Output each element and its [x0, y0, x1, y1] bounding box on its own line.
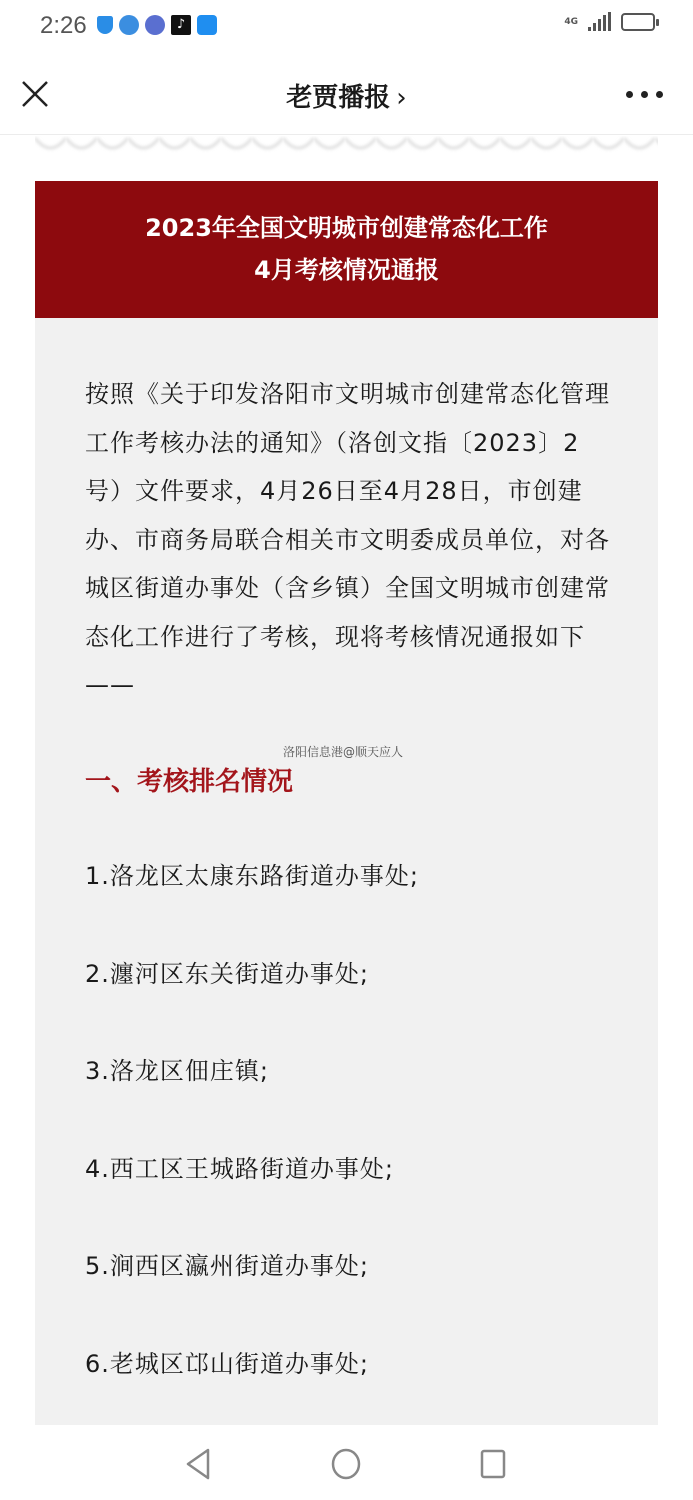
list-item: 4.西工区王城路街道办事处;	[85, 1149, 625, 1247]
more-button[interactable]	[626, 81, 663, 107]
music-icon	[145, 15, 165, 35]
more-icon	[626, 91, 633, 98]
recents-icon	[479, 1447, 507, 1481]
list-item: 5.涧西区瀛州街道办事处;	[85, 1246, 625, 1344]
list-item: 3.洛龙区佃庄镇;	[85, 1051, 625, 1149]
back-button[interactable]	[184, 1447, 212, 1485]
scalloped-divider	[35, 136, 658, 154]
chevron-right-icon: ›	[396, 83, 406, 113]
home-icon	[330, 1447, 362, 1481]
notification-icons: ♪	[97, 15, 217, 35]
system-status: 4G	[564, 13, 655, 31]
battery-icon	[621, 13, 655, 31]
tiktok-icon: ♪	[171, 15, 191, 35]
headline-line-2: 4月考核情况通报	[35, 249, 658, 291]
account-name: 老贾播报	[286, 83, 390, 113]
intro-paragraph: 按照《关于印发洛阳市文明城市创建常态化管理工作考核办法的通知》（洛创文指〔202…	[85, 370, 615, 710]
account-title-link[interactable]: 老贾播报›	[0, 77, 693, 114]
nav-bar: 老贾播报›	[0, 55, 693, 135]
section-title: 一、考核排名情况	[85, 761, 293, 798]
weather-icon	[197, 15, 217, 35]
back-icon	[184, 1447, 212, 1481]
article-body: 按照《关于印发洛阳市文明城市创建常态化管理工作考核办法的通知》（洛创文指〔202…	[35, 318, 658, 1425]
home-button[interactable]	[330, 1447, 362, 1485]
status-bar: 2:26 ♪ 4G	[0, 0, 693, 55]
system-navigation-bar	[0, 1425, 693, 1500]
headline-banner: 2023年全国文明城市创建常态化工作 4月考核情况通报	[35, 181, 658, 318]
network-type: 4G	[564, 18, 578, 27]
shield-icon	[97, 16, 113, 34]
list-item: 2.瀍河区东关街道办事处;	[85, 954, 625, 1052]
list-item: 1.洛龙区太康东路街道办事处;	[85, 856, 625, 954]
ranking-list: 1.洛龙区太康东路街道办事处; 2.瀍河区东关街道办事处; 3.洛龙区佃庄镇; …	[85, 856, 625, 1441]
headline-line-1: 2023年全国文明城市创建常态化工作	[35, 207, 658, 249]
browser-icon	[119, 15, 139, 35]
watermark: 洛阳信息港@顺天应人	[283, 743, 403, 760]
recents-button[interactable]	[479, 1447, 507, 1485]
status-time: 2:26	[40, 12, 87, 40]
signal-icon	[588, 13, 611, 31]
